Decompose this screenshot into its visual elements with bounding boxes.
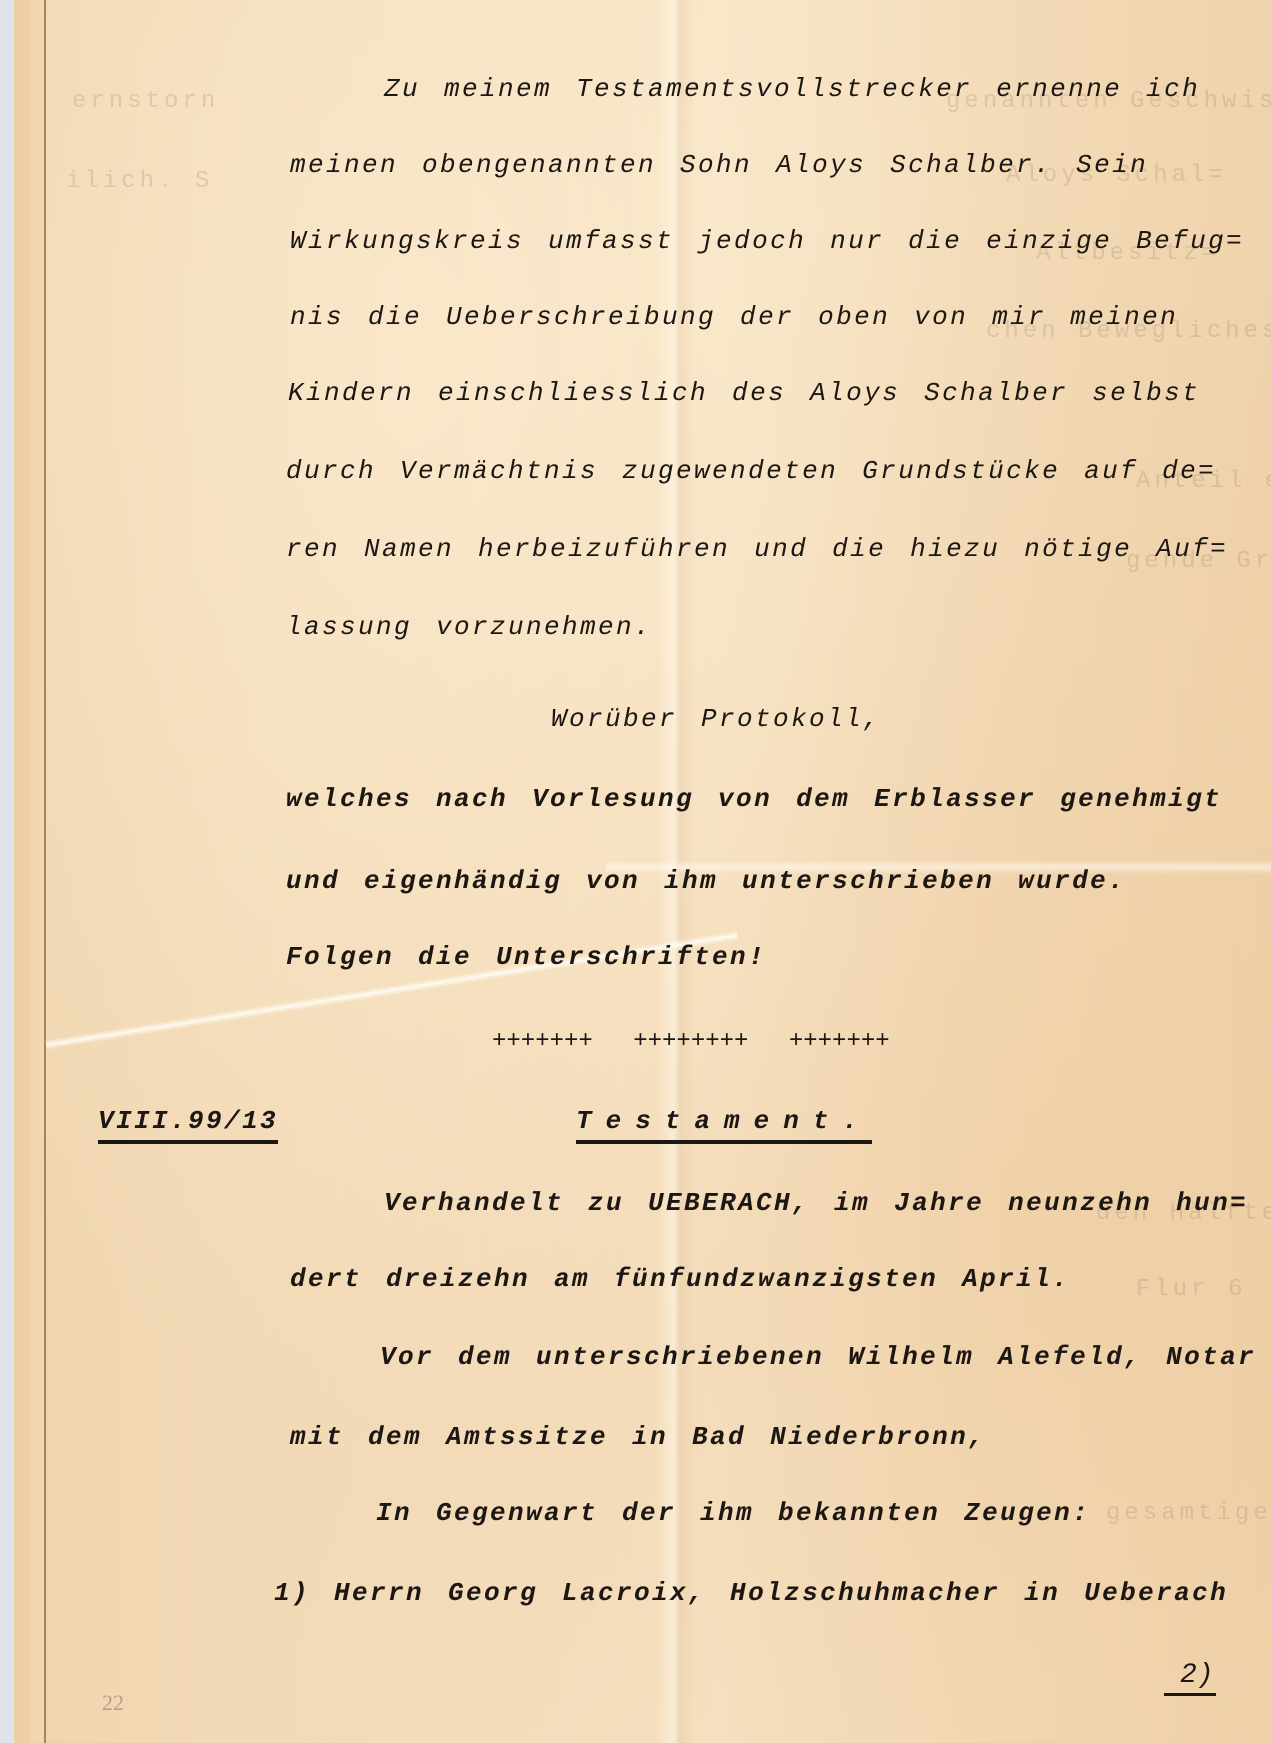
- reference-number: VIII.99/13: [98, 1108, 278, 1134]
- scanned-document: ernstorn ilich. S genannten Geschwistern…: [0, 0, 1271, 1743]
- text-line: Kindern einschliesslich des Aloys Schalb…: [288, 380, 1200, 406]
- text-line: Folgen die Unterschriften!: [286, 944, 766, 970]
- reference-label: VIII.99/13: [98, 1106, 278, 1144]
- text-line: Wirkungskreis umfasst jedoch nur die ein…: [290, 228, 1244, 254]
- pencil-page-mark: 22: [102, 1690, 124, 1716]
- deed-title: Testament.: [576, 1108, 872, 1134]
- bleed-through-text: Flur 6: [1136, 1276, 1246, 1303]
- separator-line: +++++++ ++++++++ +++++++: [492, 1030, 890, 1054]
- closing-heading: Worüber Protokoll,: [551, 706, 881, 732]
- text-line: und eigenhändig von ihm unterschrieben w…: [286, 868, 1126, 894]
- text-line: mit dem Amtssitze in Bad Niederbronn,: [290, 1424, 986, 1450]
- text-line: In Gegenwart der ihm bekannten Zeugen:: [376, 1500, 1090, 1526]
- deed-title-label: Testament.: [576, 1106, 872, 1144]
- document-page: ernstorn ilich. S genannten Geschwistern…: [44, 0, 1271, 1743]
- bleed-through-text: ernstorn: [72, 88, 219, 115]
- text-line: Zu meinem Testamentsvollstrecker ernenne…: [384, 76, 1200, 102]
- text-line: Verhandelt zu UEBERACH, im Jahre neunzeh…: [384, 1190, 1248, 1216]
- bleed-through-text: gesamtigen: [1106, 1500, 1271, 1527]
- continuation-marker: 2): [1164, 1660, 1216, 1696]
- text-line: Vor dem unterschriebenen Wilhelm Alefeld…: [380, 1344, 1256, 1370]
- text-line: ren Namen herbeizuführen und die hiezu n…: [286, 536, 1228, 562]
- text-line: durch Vermächtnis zugewendeten Grundstüc…: [286, 458, 1216, 484]
- text-line: welches nach Vorlesung von dem Erblasser…: [286, 786, 1222, 812]
- text-line: dert dreizehn am fünfundzwanzigsten Apri…: [290, 1266, 1070, 1292]
- text-line: nis die Ueberschreibung der oben von mir…: [290, 304, 1178, 330]
- bleed-through-text: ilich. S: [66, 168, 213, 195]
- text-line: 1) Herrn Georg Lacroix, Holzschuhmacher …: [274, 1580, 1228, 1606]
- text-line: lassung vorzunehmen.: [286, 614, 652, 640]
- text-line: meinen obengenannten Sohn Aloys Schalber…: [290, 152, 1148, 178]
